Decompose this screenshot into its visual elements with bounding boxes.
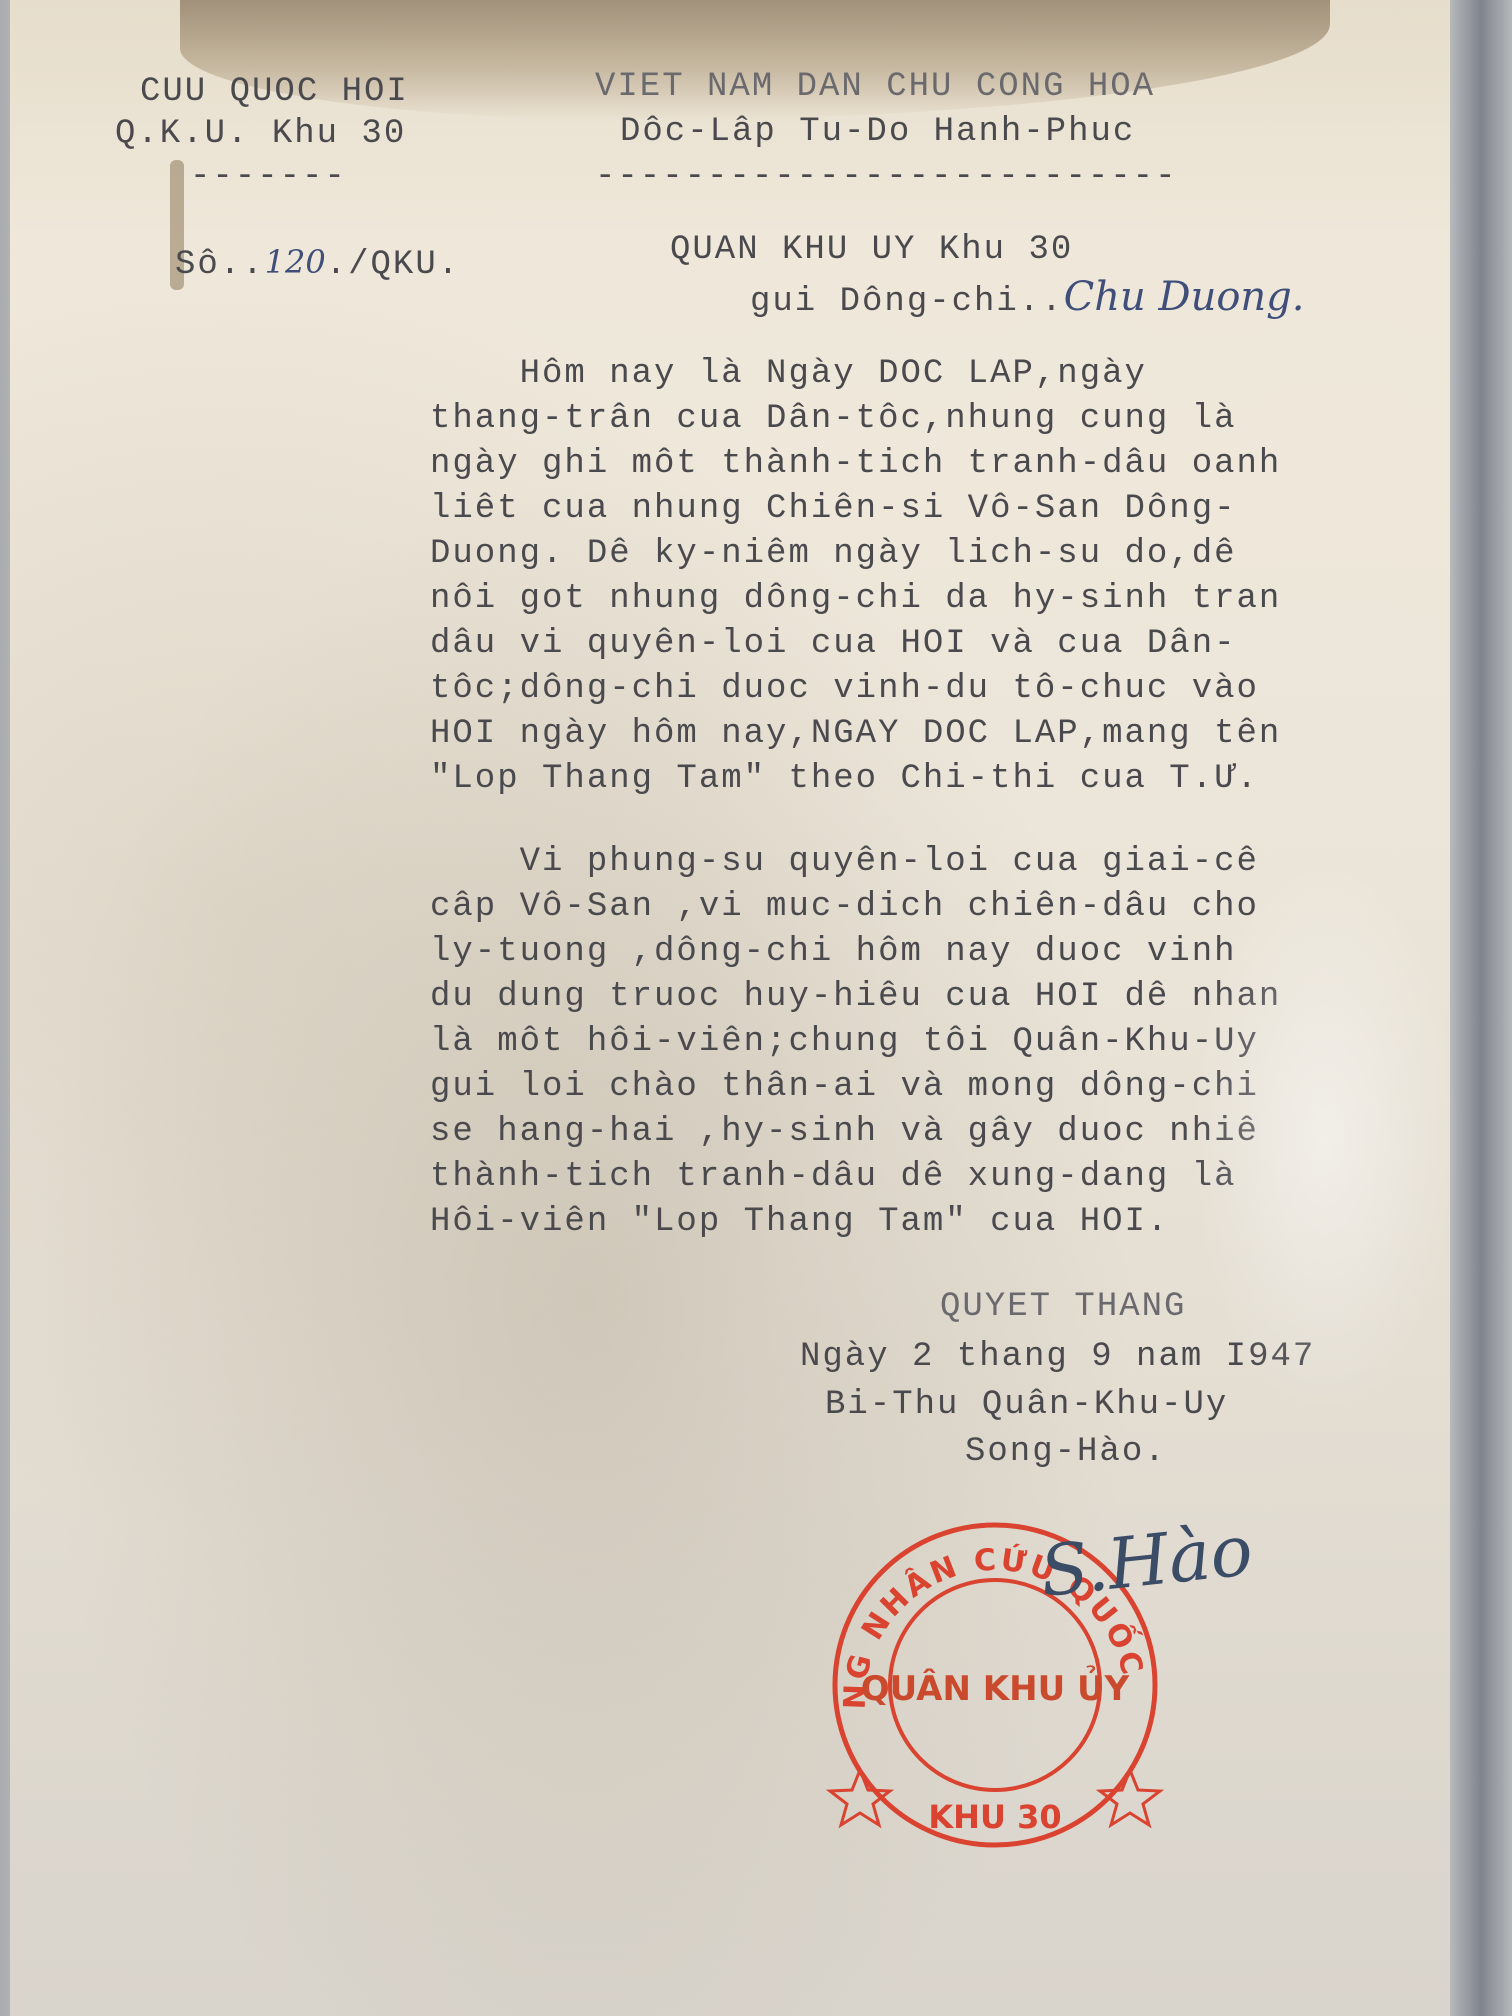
- stamp-bottom-text: KHU 30: [928, 1798, 1061, 1836]
- recipient-line: gui Dông-chi..Chu Duong.: [750, 275, 1305, 325]
- recipient-handwritten-name: Chu Duong.: [1064, 274, 1305, 320]
- closing-slogan: QUYET THANG: [940, 1285, 1186, 1330]
- body-line: câp Vô-San ,vi muc-dich chiên-dâu cho: [430, 885, 1259, 930]
- stamp-center-text: QUÂN KHU ỦY: [861, 1665, 1130, 1709]
- country-name: VIET NAM DAN CHU CONG HOA: [595, 65, 1155, 110]
- body-line: Vi phung-su quyên-loi cua giai-cê: [430, 840, 1259, 885]
- body-line: thang-trân cua Dân-tôc,nhung cung là: [430, 397, 1237, 442]
- org-rule: -------: [190, 155, 347, 200]
- body-line: thành-tich tranh-dâu dê xung-dang là: [430, 1155, 1237, 1200]
- signer-name: Song-Hào.: [965, 1430, 1167, 1475]
- body-line: nôi got nhung dông-chi da hy-sinh tran: [430, 577, 1281, 622]
- org-name: CUU QUOC HOI: [140, 70, 409, 115]
- body-line: liêt cua nhung Chiên-si Vô-San Dông-: [430, 487, 1237, 532]
- sleeve-glare: [1190, 860, 1460, 1420]
- reference-number: Sô..120./QKU.: [175, 240, 460, 288]
- letter-page: CUU QUOC HOI Q.K.U. Khu 30 ------- VIET …: [10, 0, 1450, 2016]
- reference-suffix: ./QKU.: [326, 246, 460, 284]
- body-line: ngày ghi môt thành-tich tranh-dâu oanh: [430, 442, 1281, 487]
- national-motto: Dôc-Lâp Tu-Do Hanh-Phuc: [620, 110, 1135, 155]
- reference-handwritten-number: 120: [265, 243, 326, 281]
- body-line: là môt hôi-viên;chung tôi Quân-Khu-Uy: [430, 1020, 1259, 1065]
- body-line: Hôi-viên "Lop Thang Tam" cua HOI.: [430, 1200, 1169, 1245]
- body-line: Duong. Dê ky-niêm ngày lich-su do,dê: [430, 532, 1237, 577]
- recipient-prefix: gui Dông-chi..: [750, 283, 1064, 321]
- body-line: gui loi chào thân-ai và mong dông-chi: [430, 1065, 1259, 1110]
- body-line: tôc;dông-chi duoc vinh-du tô-chuc vào: [430, 667, 1259, 712]
- org-unit: Q.K.U. Khu 30: [115, 112, 406, 157]
- sender-line: QUAN KHU UY Khu 30: [670, 228, 1073, 273]
- body-line: "Lop Thang Tam" theo Chi-thi cua T.Ư.: [430, 757, 1259, 802]
- signer-title: Bi-Thu Quân-Khu-Uy: [825, 1383, 1228, 1428]
- body-line: se hang-hai ,hy-sinh và gây duoc nhiê: [430, 1110, 1259, 1155]
- motto-rule: --------------------------: [595, 155, 1178, 200]
- body-line: Hôm nay là Ngày DOC LAP,ngày: [430, 352, 1147, 397]
- body-line: HOI ngày hôm nay,NGAY DOC LAP,mang tên: [430, 712, 1281, 757]
- reference-prefix: Sô..: [175, 246, 265, 284]
- body-line: dâu vi quyên-loi cua HOI và cua Dân-: [430, 622, 1237, 667]
- body-line: ly-tuong ,dông-chi hôm nay duoc vinh: [430, 930, 1237, 975]
- body-line: du dung truoc huy-hiêu cua HOI dê nhan: [430, 975, 1281, 1020]
